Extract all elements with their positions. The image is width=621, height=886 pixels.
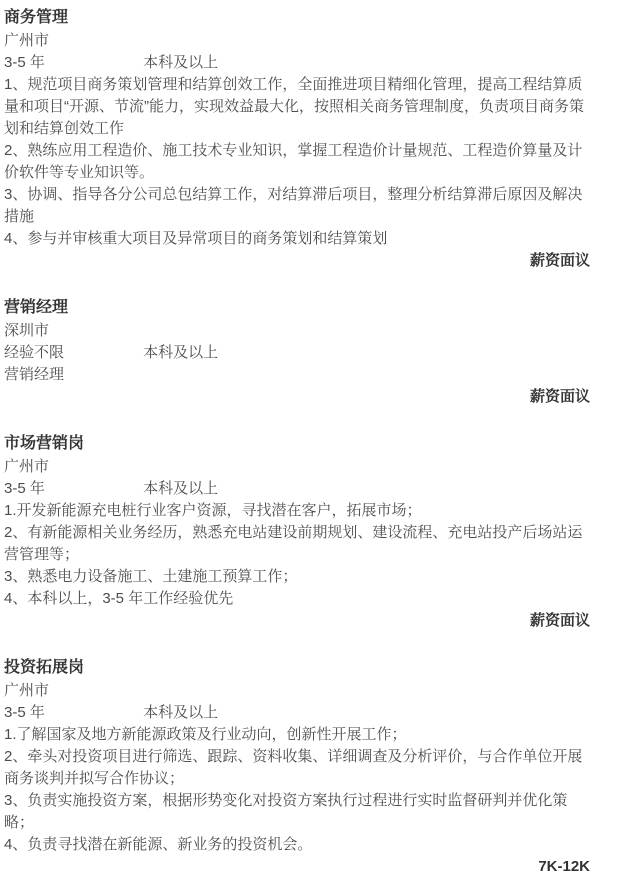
job-experience: 3-5 年 [4,478,139,500]
job-meta-row: 经验不限 本科及以上 [4,342,590,364]
job-title: 商务管理 [4,6,590,30]
job-description-line: 2、牵头对投资项目进行筛选、跟踪、资料收集、详细调查及分析评价，与合作单位开展商… [4,746,590,790]
job-section-marketing-manager: 营销经理 深圳市 经验不限 本科及以上 营销经理 薪资面议 [4,296,590,408]
job-section-market-sales: 市场营销岗 广州市 3-5 年 本科及以上 1.开发新能源充电桩行业客户资源，寻… [4,432,590,632]
job-description-line: 3、协调、指导各分公司总包结算工作，对结算滞后项目，整理分析结算滞后原因及解决措… [4,184,590,228]
job-location: 深圳市 [4,320,590,342]
job-description-line: 3、熟悉电力设备施工、土建施工预算工作； [4,566,590,588]
job-location: 广州市 [4,30,590,52]
job-description-line: 2、熟练应用工程造价、施工技术专业知识，掌握工程造价计量规范、工程造价算量及计价… [4,140,590,184]
job-description: 1.开发新能源充电桩行业客户资源，寻找潜在客户，拓展市场； 2、有新能源相关业务… [4,500,590,610]
job-education: 本科及以上 [143,480,218,497]
job-experience: 3-5 年 [4,702,139,724]
job-description-line: 2、有新能源相关业务经历，熟悉充电站建设前期规划、建设流程、充电站投产后场站运营… [4,522,590,566]
job-experience: 经验不限 [4,342,139,364]
job-education: 本科及以上 [143,704,218,721]
job-meta-row: 3-5 年 本科及以上 [4,478,590,500]
job-description-line: 1、规范项目商务策划管理和结算创效工作，全面推进项目精细化管理，提高工程结算质量… [4,74,590,140]
job-listings-page: 商务管理 广州市 3-5 年 本科及以上 1、规范项目商务策划管理和结算创效工作… [0,0,621,886]
job-description-line: 4、负责寻找潜在新能源、新业务的投资机会。 [4,834,590,856]
job-location: 广州市 [4,456,590,478]
job-education: 本科及以上 [143,54,218,71]
job-description-line: 1.开发新能源充电桩行业客户资源，寻找潜在客户，拓展市场； [4,500,590,522]
job-salary: 薪资面议 [4,610,590,632]
job-title: 投资拓展岗 [4,656,590,680]
job-salary: 7K-12K [4,856,590,878]
job-description-line: 4、参与并审核重大项目及异常项目的商务策划和结算策划 [4,228,590,250]
job-description-line: 4、本科以上，3-5 年工作经验优先 [4,588,590,610]
job-section-business-management: 商务管理 广州市 3-5 年 本科及以上 1、规范项目商务策划管理和结算创效工作… [4,6,590,272]
job-title: 营销经理 [4,296,590,320]
job-education: 本科及以上 [143,344,218,361]
job-title: 市场营销岗 [4,432,590,456]
job-description-line: 1.了解国家及地方新能源政策及行业动向，创新性开展工作； [4,724,590,746]
job-description: 营销经理 [4,364,590,386]
job-salary: 薪资面议 [4,250,590,272]
job-description: 1、规范项目商务策划管理和结算创效工作，全面推进项目精细化管理，提高工程结算质量… [4,74,590,250]
job-location: 广州市 [4,680,590,702]
job-description-line: 3、负责实施投资方案，根据形势变化对投资方案执行过程进行实时监督研判并优化策略； [4,790,590,834]
job-section-investment-development: 投资拓展岗 广州市 3-5 年 本科及以上 1.了解国家及地方新能源政策及行业动… [4,656,590,878]
job-description-line: 营销经理 [4,364,590,386]
job-meta-row: 3-5 年 本科及以上 [4,702,590,724]
job-experience: 3-5 年 [4,52,139,74]
job-description: 1.了解国家及地方新能源政策及行业动向，创新性开展工作； 2、牵头对投资项目进行… [4,724,590,856]
job-meta-row: 3-5 年 本科及以上 [4,52,590,74]
job-salary: 薪资面议 [4,386,590,408]
